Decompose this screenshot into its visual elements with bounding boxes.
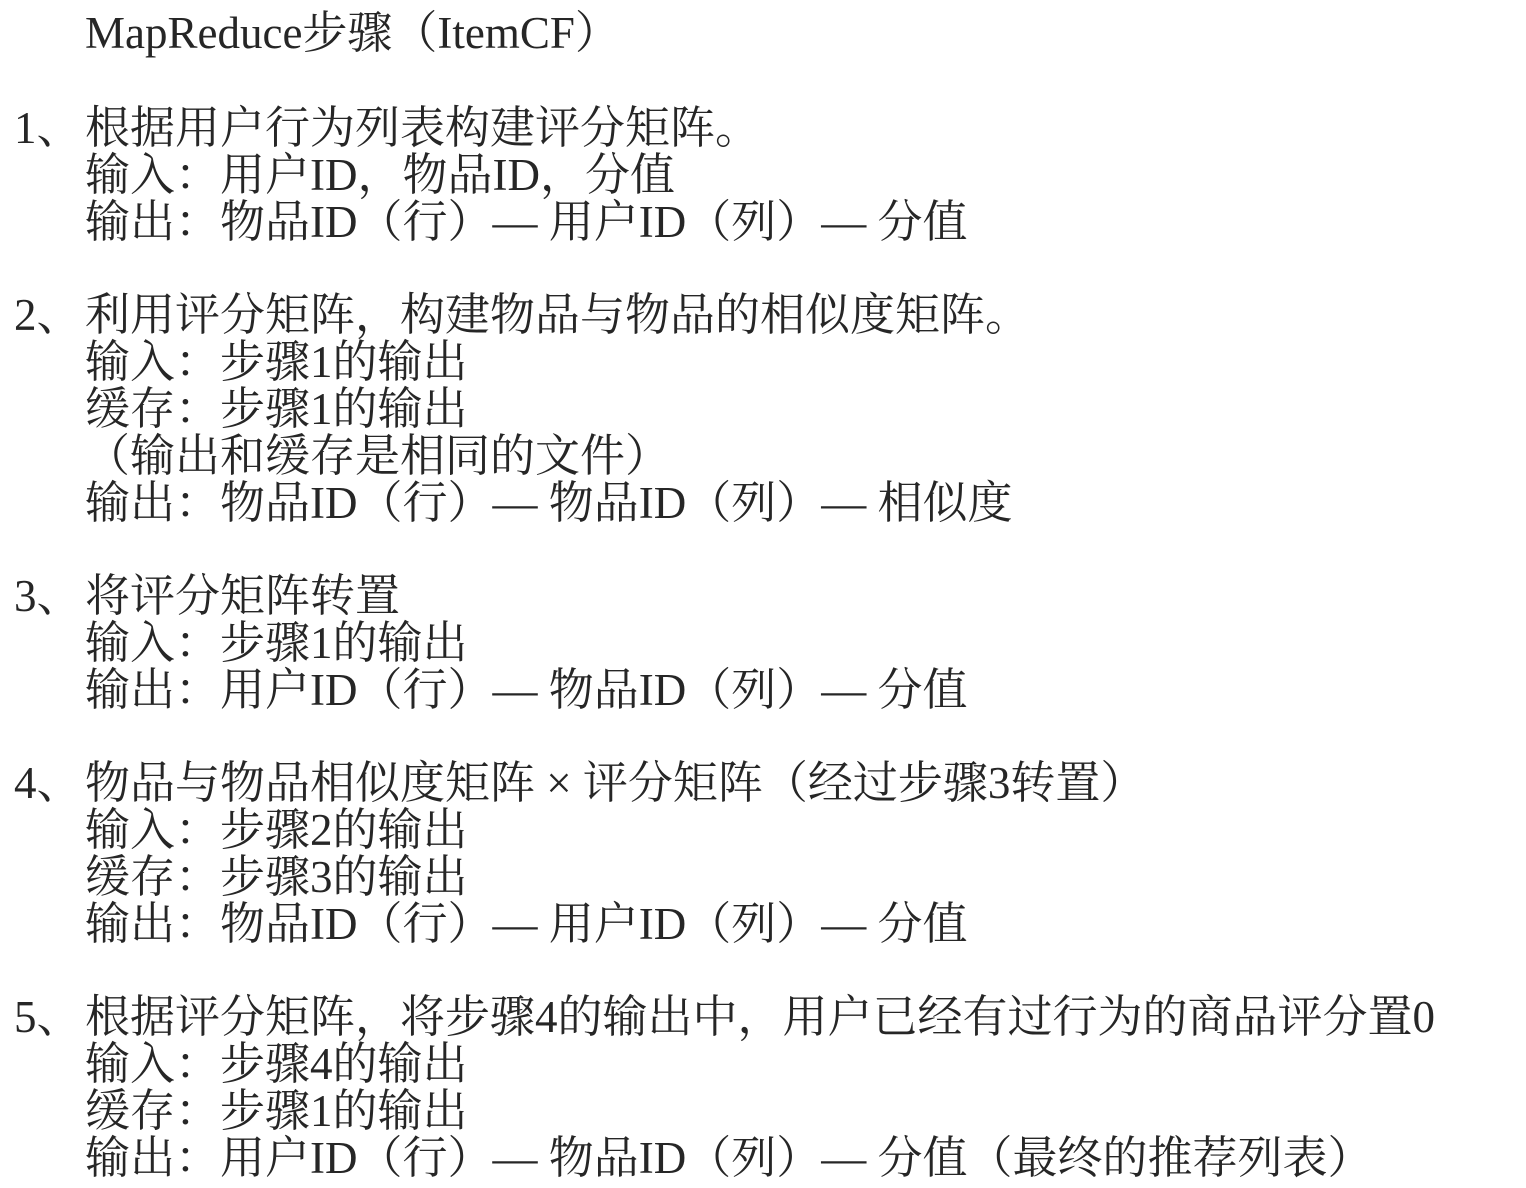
step-4: 4、 物品与物品相似度矩阵 × 评分矩阵（经过步骤3转置） 输入：步骤2的输出 … [14,760,1526,948]
step-3: 3、 将评分矩阵转置 输入：步骤1的输出 输出：用户ID（行）— 物品ID（列）… [14,573,1526,714]
step-number: 2、 [14,292,82,339]
step-heading: 根据用户行为列表构建评分矩阵。 [85,105,1526,152]
step-input-line: 输入：步骤2的输出 [85,807,1526,854]
step-number: 4、 [14,760,82,807]
step-note-line: （输出和缓存是相同的文件） [85,433,1526,480]
step-output-line: 输出：物品ID（行）— 物品ID（列）— 相似度 [85,480,1526,527]
step-number: 3、 [14,573,82,620]
step-input-line: 输入：步骤4的输出 [85,1041,1526,1088]
step-5: 5、 根据评分矩阵，将步骤4的输出中，用户已经有过行为的商品评分置0 输入：步骤… [14,994,1526,1182]
step-cache-line: 缓存：步骤3的输出 [85,854,1526,901]
step-input-line: 输入：用户ID，物品ID，分值 [85,152,1526,199]
step-1: 1、 根据用户行为列表构建评分矩阵。 输入：用户ID，物品ID，分值 输出：物品… [14,105,1526,246]
step-output-line: 输出：用户ID（行）— 物品ID（列）— 分值 [85,667,1526,714]
step-number: 5、 [14,994,82,1041]
page-title: MapReduce步骤（ItemCF） [85,8,1526,58]
steps-list: 1、 根据用户行为列表构建评分矩阵。 输入：用户ID，物品ID，分值 输出：物品… [0,105,1526,1182]
step-cache-line: 缓存：步骤1的输出 [85,386,1526,433]
step-output-line: 输出：用户ID（行）— 物品ID（列）— 分值（最终的推荐列表） [85,1135,1526,1182]
step-heading: 根据评分矩阵，将步骤4的输出中，用户已经有过行为的商品评分置0 [85,994,1526,1041]
step-input-line: 输入：步骤1的输出 [85,339,1526,386]
step-output-line: 输出：物品ID（行）— 用户ID（列）— 分值 [85,199,1526,246]
step-heading: 利用评分矩阵，构建物品与物品的相似度矩阵。 [85,292,1526,339]
step-cache-line: 缓存：步骤1的输出 [85,1088,1526,1135]
step-heading: 物品与物品相似度矩阵 × 评分矩阵（经过步骤3转置） [85,760,1526,807]
step-heading: 将评分矩阵转置 [85,573,1526,620]
step-number: 1、 [14,105,82,152]
step-input-line: 输入：步骤1的输出 [85,620,1526,667]
step-2: 2、 利用评分矩阵，构建物品与物品的相似度矩阵。 输入：步骤1的输出 缓存：步骤… [14,292,1526,527]
step-output-line: 输出：物品ID（行）— 用户ID（列）— 分值 [85,901,1526,948]
document-page: MapReduce步骤（ItemCF） 1、 根据用户行为列表构建评分矩阵。 输… [0,0,1526,1188]
